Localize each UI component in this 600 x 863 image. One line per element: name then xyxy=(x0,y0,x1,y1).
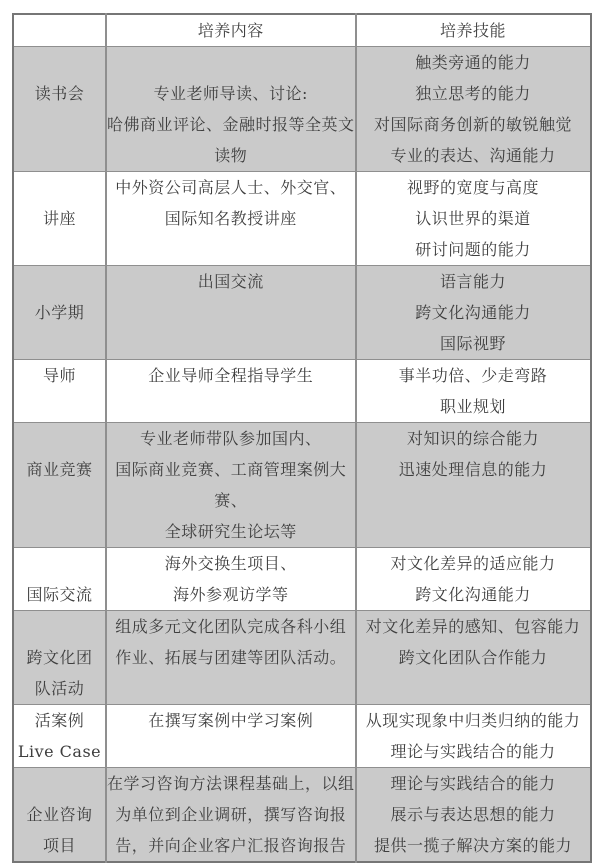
table-row: 国际交流海外交换生项目、海外参观访学等对文化差异的适应能力跨文化沟通能力 xyxy=(13,548,591,611)
skills-cell: 从现实现象中归类归纳的能力理论与实践结合的能力 xyxy=(356,705,591,768)
cell-line: 中外资公司高层人士、外交官、 xyxy=(107,172,355,203)
cell-line: 海外参观访学等 xyxy=(107,579,355,610)
cell-line: 读书会 xyxy=(14,78,105,109)
content-cell: 出国交流 xyxy=(106,266,356,360)
cell-line: 赛、 xyxy=(107,485,355,516)
content-header-label: 培养内容 xyxy=(107,15,355,46)
cell-line: 对知识的综合能力 xyxy=(357,423,590,454)
cell-line: 视野的宽度与高度 xyxy=(357,172,590,203)
cell-line xyxy=(14,172,105,203)
skills-cell: 对知识的综合能力迅速处理信息的能力 xyxy=(356,423,591,548)
cell-line: 研讨问题的能力 xyxy=(357,234,590,265)
cell-line: 读物 xyxy=(107,140,355,171)
cell-line: 迅速处理信息的能力 xyxy=(357,454,590,485)
cell-line: 提供一揽子解决方案的能力 xyxy=(357,830,590,861)
skills-cell: 视野的宽度与高度认识世界的渠道研讨问题的能力 xyxy=(356,172,591,266)
cell-line xyxy=(14,266,105,297)
cell-line: 队活动 xyxy=(14,673,105,704)
cell-line: 哈佛商业评论、金融时报等全英文 xyxy=(107,109,355,140)
cell-line: 认识世界的渠道 xyxy=(357,203,590,234)
cell-line: 对文化差异的感知、包容能力 xyxy=(357,611,590,642)
row-label-cell: 导师 xyxy=(13,360,106,423)
cell-line: 讲座 xyxy=(14,203,105,234)
table-row: 小学期出国交流语言能力跨文化沟通能力国际视野 xyxy=(13,266,591,360)
content-cell: 在撰写案例中学习案例 xyxy=(106,705,356,768)
cell-line xyxy=(14,611,105,642)
cell-line: 在学习咨询方法课程基础上，以组 xyxy=(107,768,355,799)
cell-line: 商业竞赛 xyxy=(14,454,105,485)
skills-cell: 语言能力跨文化沟通能力国际视野 xyxy=(356,266,591,360)
cell-line: 组成多元文化团队完成各科小组 xyxy=(107,611,355,642)
cell-line: 从现实现象中归类归纳的能力 xyxy=(357,705,590,736)
table-row: 商业竞赛专业老师带队参加国内、国际商业竞赛、工商管理案例大赛、全球研究生论坛等对… xyxy=(13,423,591,548)
row-label-cell: 讲座 xyxy=(13,172,106,266)
cell-line: 出国交流 xyxy=(107,266,355,297)
cell-line: 对文化差异的适应能力 xyxy=(357,548,590,579)
cell-line: 国际知名教授讲座 xyxy=(107,203,355,234)
content-cell: 专业老师导读、讨论:哈佛商业评论、金融时报等全英文读物 xyxy=(106,47,356,172)
cell-line: 跨文化沟通能力 xyxy=(357,579,590,610)
cell-line xyxy=(107,47,355,78)
cell-line xyxy=(14,47,105,78)
skills-column-header: 培养技能 xyxy=(356,14,591,47)
cell-line: 跨文化团 xyxy=(14,642,105,673)
row-label-cell: 企业咨询项目 xyxy=(13,768,106,863)
table-row: 读书会专业老师导读、讨论:哈佛商业评论、金融时报等全英文读物触类旁通的能力独立思… xyxy=(13,47,591,172)
table-row: 讲座中外资公司高层人士、外交官、国际知名教授讲座视野的宽度与高度认识世界的渠道研… xyxy=(13,172,591,266)
cell-line: 专业老师导读、讨论: xyxy=(107,78,355,109)
cell-line xyxy=(14,423,105,454)
cell-line: 项目 xyxy=(14,830,105,861)
skills-cell: 触类旁通的能力独立思考的能力对国际商务创新的敏锐触觉专业的表达、沟通能力 xyxy=(356,47,591,172)
row-label-cell: 商业竞赛 xyxy=(13,423,106,548)
table-row: 企业咨询项目在学习咨询方法课程基础上，以组为单位到企业调研，撰写咨询报告，并向企… xyxy=(13,768,591,863)
row-label-cell: 跨文化团队活动 xyxy=(13,611,106,705)
cell-line: 事半功倍、少走弯路 xyxy=(357,360,590,391)
row-label-cell: 活案例Live Case xyxy=(13,705,106,768)
cell-line: 独立思考的能力 xyxy=(357,78,590,109)
table-body: 读书会专业老师导读、讨论:哈佛商业评论、金融时报等全英文读物触类旁通的能力独立思… xyxy=(13,47,591,863)
cell-line: 对国际商务创新的敏锐触觉 xyxy=(357,109,590,140)
skills-cell: 对文化差异的感知、包容能力跨文化团队合作能力 xyxy=(356,611,591,705)
table-row: 导师企业导师全程指导学生事半功倍、少走弯路职业规划 xyxy=(13,360,591,423)
cell-line: 导师 xyxy=(14,360,105,391)
cell-line: 企业导师全程指导学生 xyxy=(107,360,355,391)
cell-line: 在撰写案例中学习案例 xyxy=(107,705,355,736)
skills-cell: 事半功倍、少走弯路职业规划 xyxy=(356,360,591,423)
cell-line: 国际视野 xyxy=(357,328,590,359)
corner-label xyxy=(14,15,105,46)
cell-line: Live Case xyxy=(14,736,105,767)
cell-line: 作业、拓展与团建等团队活动。 xyxy=(107,642,355,673)
cell-line: 专业老师带队参加国内、 xyxy=(107,423,355,454)
skills-header-label: 培养技能 xyxy=(357,15,590,46)
content-column-header: 培养内容 xyxy=(106,14,356,47)
content-cell: 组成多元文化团队完成各科小组作业、拓展与团建等团队活动。 xyxy=(106,611,356,705)
cell-line: 小学期 xyxy=(14,297,105,328)
content-cell: 专业老师带队参加国内、国际商业竞赛、工商管理案例大赛、全球研究生论坛等 xyxy=(106,423,356,548)
cell-line: 专业的表达、沟通能力 xyxy=(357,140,590,171)
cell-line: 跨文化团队合作能力 xyxy=(357,642,590,673)
cell-line xyxy=(14,768,105,799)
row-label-cell: 小学期 xyxy=(13,266,106,360)
row-label-cell: 国际交流 xyxy=(13,548,106,611)
cell-line: 跨文化沟通能力 xyxy=(357,297,590,328)
cell-line: 理论与实践结合的能力 xyxy=(357,736,590,767)
skills-cell: 理论与实践结合的能力展示与表达思想的能力提供一揽子解决方案的能力 xyxy=(356,768,591,863)
skills-cell: 对文化差异的适应能力跨文化沟通能力 xyxy=(356,548,591,611)
corner-cell xyxy=(13,14,106,47)
training-table-container: 培养内容 培养技能 读书会专业老师导读、讨论:哈佛商业评论、金融时报等全英文读物… xyxy=(12,13,592,863)
content-cell: 在学习咨询方法课程基础上，以组为单位到企业调研，撰写咨询报告，并向企业客户汇报咨… xyxy=(106,768,356,863)
cell-line: 国际交流 xyxy=(14,579,105,610)
cell-line: 展示与表达思想的能力 xyxy=(357,799,590,830)
table-row: 活案例Live Case在撰写案例中学习案例从现实现象中归类归纳的能力理论与实践… xyxy=(13,705,591,768)
cell-line: 为单位到企业调研，撰写咨询报 xyxy=(107,799,355,830)
content-cell: 海外交换生项目、海外参观访学等 xyxy=(106,548,356,611)
row-label-cell: 读书会 xyxy=(13,47,106,172)
cell-line: 触类旁通的能力 xyxy=(357,47,590,78)
cell-line: 语言能力 xyxy=(357,266,590,297)
content-cell: 企业导师全程指导学生 xyxy=(106,360,356,423)
cell-line: 海外交换生项目、 xyxy=(107,548,355,579)
cell-line: 职业规划 xyxy=(357,391,590,422)
cell-line: 企业咨询 xyxy=(14,799,105,830)
cell-line: 活案例 xyxy=(14,705,105,736)
table-row: 跨文化团队活动组成多元文化团队完成各科小组作业、拓展与团建等团队活动。对文化差异… xyxy=(13,611,591,705)
training-program-table: 培养内容 培养技能 读书会专业老师导读、讨论:哈佛商业评论、金融时报等全英文读物… xyxy=(12,13,592,863)
header-row: 培养内容 培养技能 xyxy=(13,14,591,47)
cell-line: 告，并向企业客户汇报咨询报告 xyxy=(107,830,355,861)
cell-line xyxy=(14,548,105,579)
cell-line: 国际商业竞赛、工商管理案例大 xyxy=(107,454,355,485)
cell-line: 全球研究生论坛等 xyxy=(107,516,355,547)
cell-line: 理论与实践结合的能力 xyxy=(357,768,590,799)
content-cell: 中外资公司高层人士、外交官、国际知名教授讲座 xyxy=(106,172,356,266)
